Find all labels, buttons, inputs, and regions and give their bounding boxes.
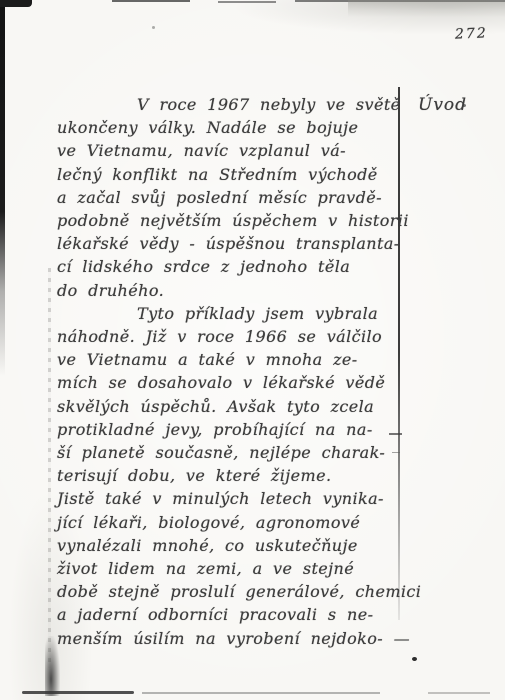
manuscript-line: ve Vietnamu, navíc vzplanul vá- — [57, 139, 399, 162]
manuscript-line: Tyto příklady jsem vybrala — [57, 302, 399, 325]
manuscript-line: ukončeny války. Nadále se bojuje — [57, 116, 399, 139]
handwritten-text-body: V roce 1967 nebyly ve světěukončeny válk… — [57, 93, 399, 650]
manuscript-line: cí lidského srdce z jednoho těla — [57, 255, 399, 278]
manuscript-line: život lidem na zemi, a ve stejné — [57, 557, 399, 580]
page-number: 272 — [455, 25, 488, 42]
scan-smudge-top-right — [348, 0, 505, 17]
scan-corner-top-left — [0, 0, 32, 7]
manuscript-line: lékařské vědy - úspěšnou transplanta- — [57, 232, 399, 255]
manuscript-line: jící lékaři, biologové, agronomové — [57, 511, 399, 534]
ink-speck — [152, 26, 155, 29]
scan-edge-bottom-segment — [142, 692, 380, 694]
manuscript-line: podobně největším úspěchem v historii — [57, 209, 399, 232]
ink-speck — [462, 104, 466, 107]
manuscript-line: ve Vietnamu a také v mnoha ze- — [57, 348, 399, 371]
scan-edge-bottom-segment — [428, 692, 490, 694]
manuscript-line: Jistě také v minulých letech vynika- — [57, 487, 399, 510]
manuscript-line: protikladné jevy, probíhající na na- — [57, 418, 399, 441]
scan-edge-left-band — [0, 0, 5, 470]
manuscript-line: V roce 1967 nebyly ve světě — [57, 93, 399, 116]
page-fold-shadow-left — [48, 268, 51, 668]
margin-note-uvod: Úvod — [418, 95, 467, 115]
scan-edge-top-segment — [218, 1, 276, 3]
ink-dot — [412, 657, 417, 661]
manuscript-line: mích se dosahovalo v lékařské vědě — [57, 371, 399, 394]
manuscript-line: vynalézali mnohé, co uskutečňuje — [57, 534, 399, 557]
scanned-manuscript-page: 272 Úvod V roce 1967 nebyly ve světěukon… — [0, 0, 505, 700]
manuscript-line: menším úsilím na vyrobení nejdoko- — — [57, 627, 399, 650]
manuscript-line: ší planetě současně, nejlépe charak- — [57, 441, 399, 464]
manuscript-line: době stejně proslulí generálové, chemici — [57, 580, 399, 603]
scan-edge-bottom-segment — [22, 691, 134, 694]
manuscript-line: do druhého. — [57, 279, 399, 302]
scan-edge-top-segment — [112, 0, 190, 2]
manuscript-line: náhodně. Již v roce 1966 se válčilo — [57, 325, 399, 348]
manuscript-line: a začal svůj poslední měsíc pravdě- — [57, 186, 399, 209]
manuscript-line: a jaderní odborníci pracovali s ne- — [57, 603, 399, 626]
manuscript-line: terisují dobu, ve které žijeme. — [57, 464, 399, 487]
manuscript-line: skvělých úspěchů. Avšak tyto zcela — [57, 395, 399, 418]
manuscript-line: lečný konflikt na Středním východě — [57, 163, 399, 186]
